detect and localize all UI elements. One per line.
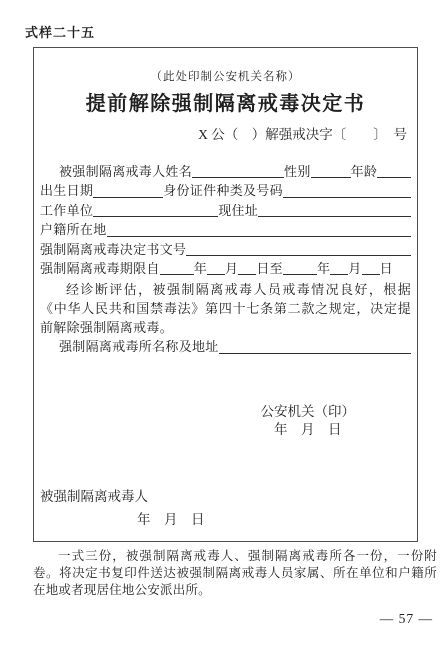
blank-underline xyxy=(192,177,284,178)
facility-field: 强制隔离戒毒所名称及地址 xyxy=(40,337,411,356)
field-label: 户籍所在地 xyxy=(40,220,107,239)
field-label: 出生日期 xyxy=(40,181,93,200)
document-border-box: （此处印制公安机关名称） 提前解除强制隔离戒毒决定书 X 公（ ）解强戒决字〔 … xyxy=(33,47,418,542)
blank-underline xyxy=(207,274,225,275)
form-style-label: 式样二十五 xyxy=(25,22,95,41)
authority-signature-row: 公安机关（印） 年 月 日 xyxy=(40,403,411,440)
blank-underline xyxy=(107,236,411,237)
field-label: 强制隔离戒毒所名称及地址 xyxy=(59,337,219,356)
form-line: 被强制隔离戒毒人姓名性别年龄 xyxy=(40,162,411,181)
blank-underline xyxy=(258,216,411,217)
field-label: 年 xyxy=(317,259,330,278)
issuer-placeholder-note: （此处印制公安机关名称） xyxy=(40,68,411,84)
form-line: 户籍所在地 xyxy=(40,220,411,239)
field-label: 现住址 xyxy=(218,201,258,220)
blank-underline xyxy=(377,177,411,178)
blank-underline xyxy=(283,274,317,275)
form-line: 强制隔离戒毒决定书文号 xyxy=(40,240,411,259)
blank-underline xyxy=(93,197,163,198)
field-label: 月 xyxy=(348,259,361,278)
blank-underline xyxy=(219,353,411,354)
personal-info-fields: 被强制隔离戒毒人姓名性别年龄出生日期身份证件种类及号码工作单位现住址户籍所在地强… xyxy=(40,162,411,278)
document-number-line: X 公（ ）解强戒决字〔 〕 号 xyxy=(40,123,411,143)
field-label: 被强制隔离戒毒人姓名 xyxy=(59,162,192,181)
field-label: 月 xyxy=(225,259,238,278)
field-label: 强制隔离戒毒决定书文号 xyxy=(40,240,186,259)
distribution-footnote: 一式三份，被强制隔离戒毒人、强制隔离戒毒所各一份，一份附卷。将决定书复印件送达被… xyxy=(33,548,437,600)
blank-underline xyxy=(362,274,380,275)
field-label: 年龄 xyxy=(351,162,378,181)
blank-underline xyxy=(238,274,256,275)
person-signature-block: 被强制隔离戒毒人 年 月 日 xyxy=(40,488,411,530)
blank-underline xyxy=(330,274,348,275)
blank-underline xyxy=(93,216,218,217)
person-signature-label: 被强制隔离戒毒人 xyxy=(40,488,411,507)
field-label: 日至 xyxy=(256,259,283,278)
blank-underline xyxy=(283,197,411,198)
blank-underline xyxy=(311,177,351,178)
field-label: 身份证件种类及号码 xyxy=(163,181,283,200)
decision-body-paragraph: 经诊断评估，被强制隔离戒毒人员戒毒情况良好，根据《中华人民共和国禁毒法》第四十七… xyxy=(40,281,411,337)
form-line: 强制隔离戒毒所名称及地址 xyxy=(40,337,411,356)
page-number: — 57 — xyxy=(380,611,433,627)
form-line: 强制隔离戒毒期限自年月日至年月日 xyxy=(40,259,411,278)
authority-signature-block: 公安机关（印） 年 月 日 xyxy=(261,403,356,440)
field-label: 性别 xyxy=(284,162,311,181)
field-label: 日 xyxy=(380,259,393,278)
form-line: 工作单位现住址 xyxy=(40,201,411,220)
blank-underline xyxy=(160,274,194,275)
field-label: 强制隔离戒毒期限自 xyxy=(40,259,160,278)
field-label: 年 xyxy=(194,259,207,278)
document-title: 提前解除强制隔离戒毒决定书 xyxy=(40,87,411,116)
form-line: 出生日期身份证件种类及号码 xyxy=(40,181,411,200)
field-label: 工作单位 xyxy=(40,201,93,220)
authority-seal-label: 公安机关（印） xyxy=(261,403,356,422)
document-sheet: 式样二十五 （此处印制公安机关名称） 提前解除强制隔离戒毒决定书 X 公（ ）解… xyxy=(0,0,448,647)
person-date-line: 年 月 日 xyxy=(40,511,411,530)
blank-underline xyxy=(186,255,411,256)
authority-date-line: 年 月 日 xyxy=(261,421,356,440)
